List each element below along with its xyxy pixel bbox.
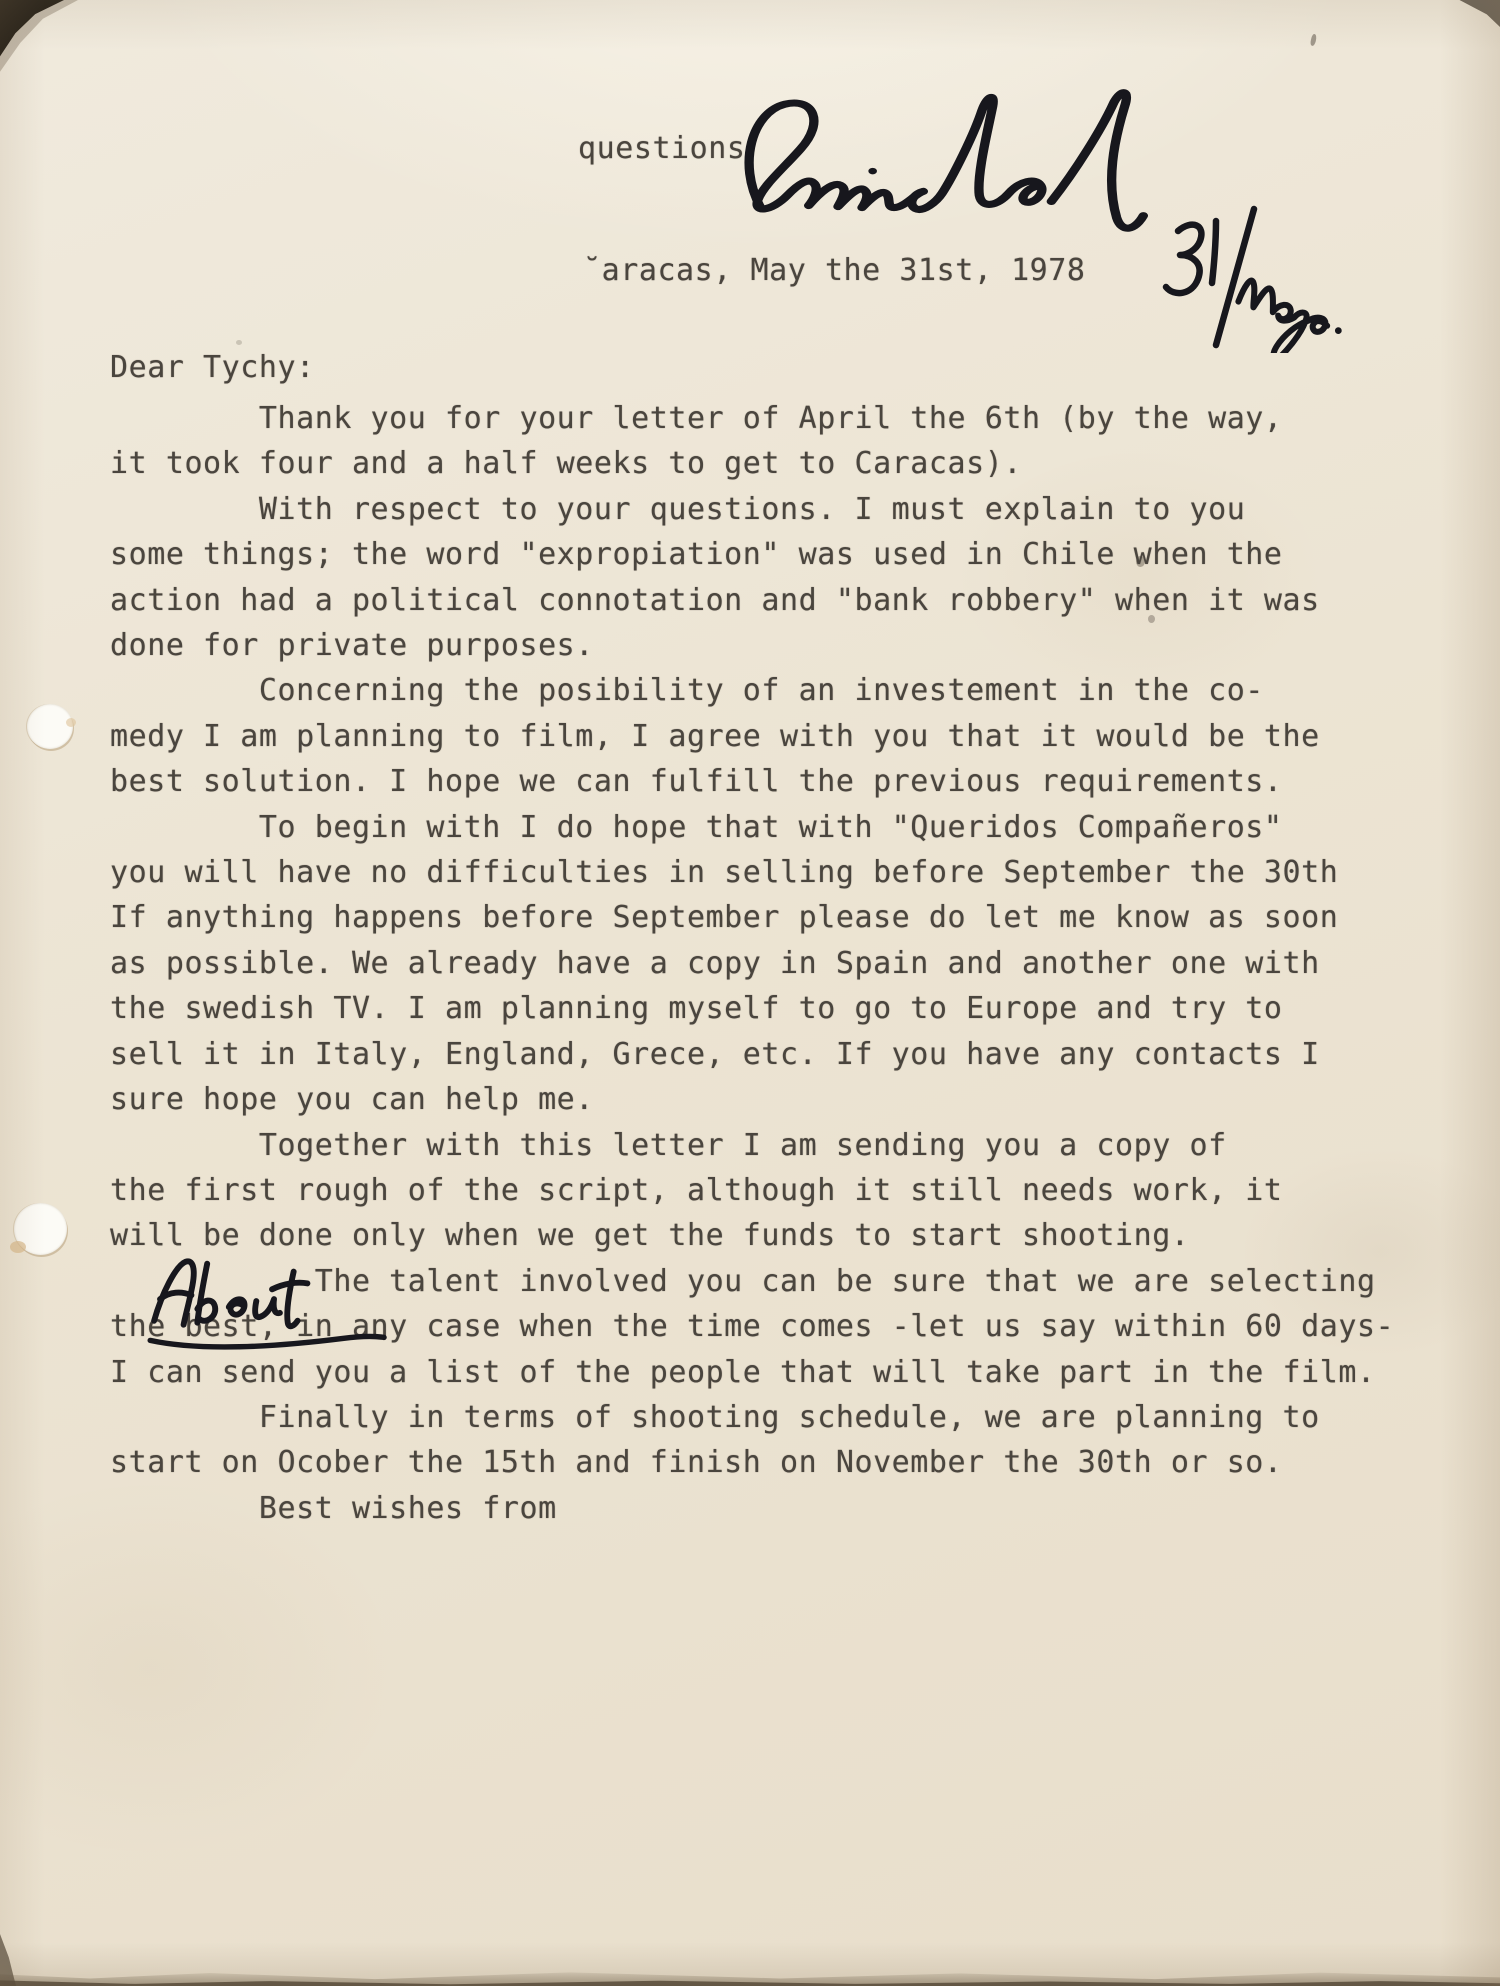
- letter-line: you will have no difficulties in selling…: [110, 850, 1394, 895]
- salutation: Dear Tychy:: [110, 350, 315, 386]
- handwriting-date: [1158, 203, 1368, 353]
- letter-line: Thank you for your letter of April the 6…: [110, 396, 1394, 441]
- letter-line: it took four and a half weeks to get to …: [110, 441, 1394, 486]
- letter-line: done for private purposes.: [110, 623, 1394, 668]
- letter-line: best solution. I hope we can fulfill the…: [110, 759, 1394, 804]
- letter-line: If anything happens before September ple…: [110, 895, 1394, 940]
- letter-line: action had a political connotation and "…: [110, 578, 1394, 623]
- letter-line: the swedish TV. I am planning myself to …: [110, 986, 1394, 1031]
- letter-line: Finally in terms of shooting schedule, w…: [110, 1395, 1394, 1440]
- letter-line: Together with this letter I am sending y…: [110, 1123, 1394, 1168]
- letter-line: sell it in Italy, England, Grece, etc. I…: [110, 1032, 1394, 1077]
- handwriting-enviada: [726, 88, 1166, 240]
- torn-corner-top-right: [1456, 0, 1500, 30]
- punch-hole-lower: [14, 1203, 67, 1255]
- letter-line: sure hope you can help me.: [110, 1077, 1394, 1122]
- paper-stain: [236, 340, 242, 345]
- ink-speck: [1310, 34, 1318, 47]
- handwriting-about: [146, 1250, 402, 1363]
- dateline: ˘aracas, May the 31st, 1978: [583, 253, 1086, 289]
- letter-line: Concerning the posibility of an investem…: [110, 668, 1394, 713]
- letter-line: With respect to your questions. I must e…: [110, 487, 1394, 532]
- letter-page: questions ˘aracas, May the 31st, 1978 De…: [0, 0, 1500, 1986]
- letter-line: start on Ocober the 15th and finish on N…: [110, 1440, 1394, 1485]
- letter-line: Best wishes from: [110, 1486, 1394, 1531]
- letter-line: medy I am planning to film, I agree with…: [110, 714, 1394, 759]
- punch-hole-upper: [27, 704, 73, 749]
- letter-line: To begin with I do hope that with "Queri…: [110, 805, 1394, 850]
- annotation-questions: questions: [578, 131, 746, 167]
- letter-line: the first rough of the script, although …: [110, 1168, 1394, 1213]
- letter-line: some things; the word "expropiation" was…: [110, 532, 1394, 577]
- letter-line: as possible. We already have a copy in S…: [110, 941, 1394, 986]
- torn-corner-bottom-left: [0, 1934, 16, 1986]
